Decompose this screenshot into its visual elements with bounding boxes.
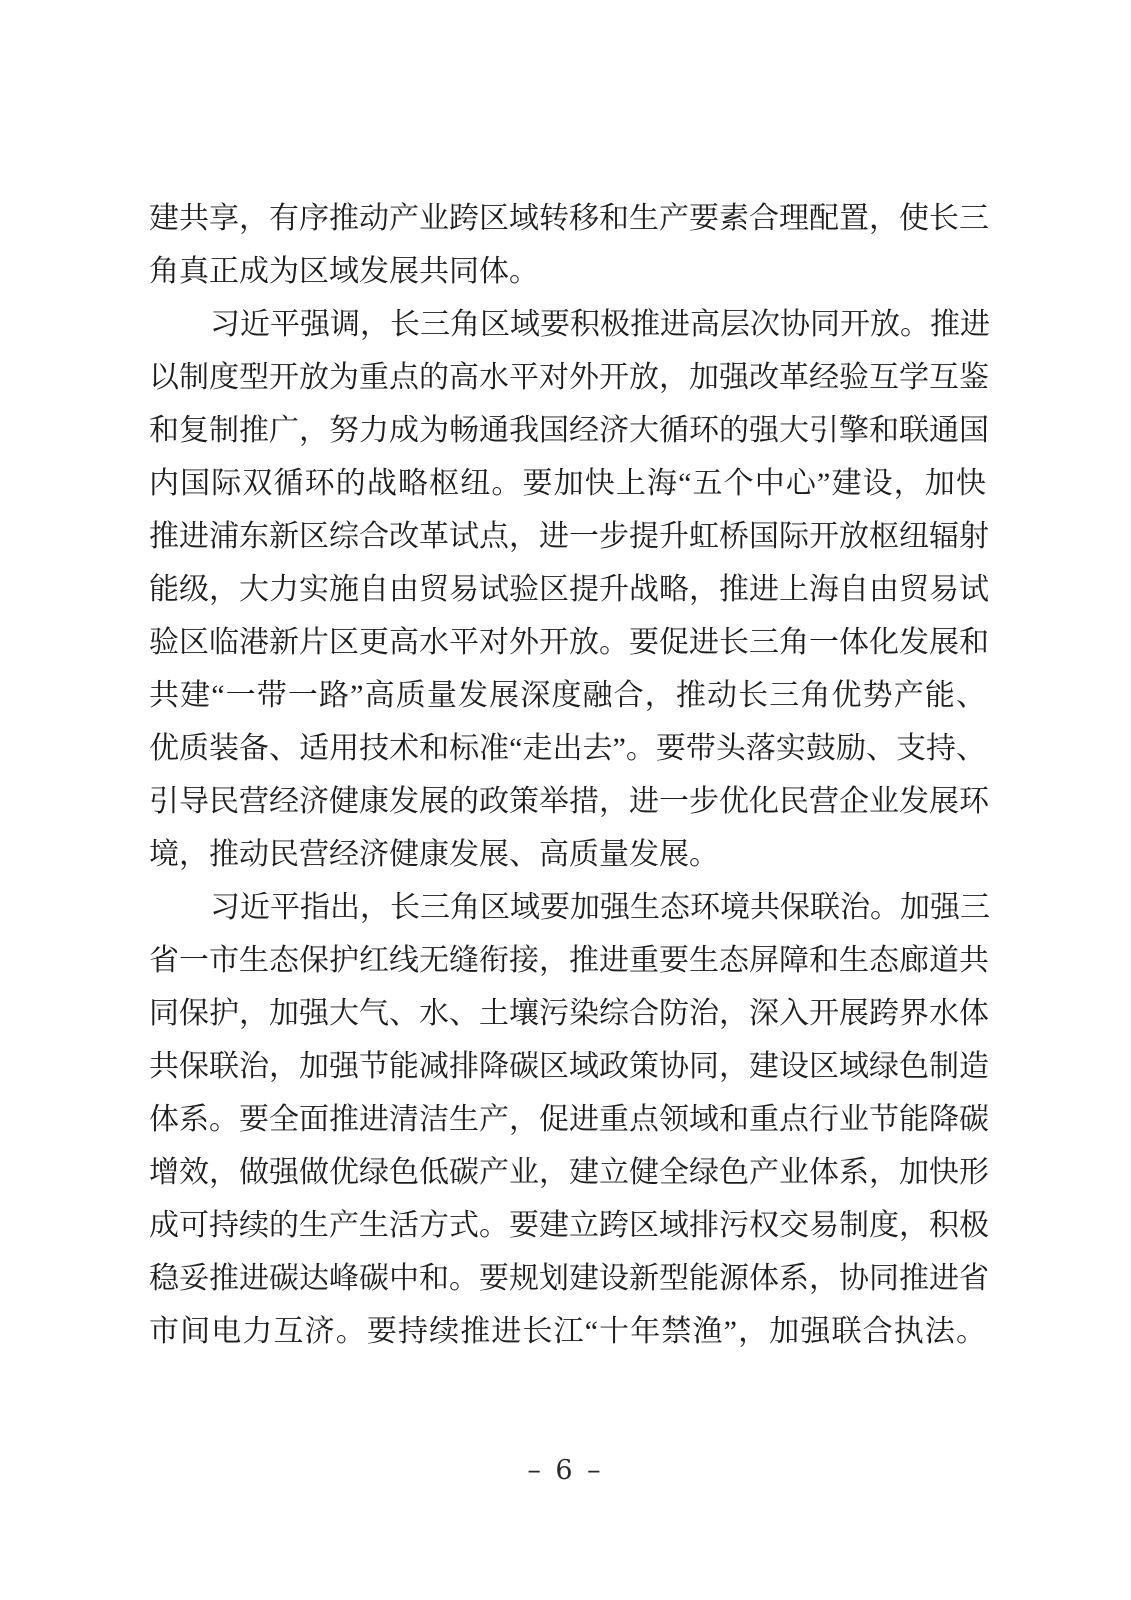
text-line: 验区临港新片区更高水平对外开放。要促进长三角一体化发展和 [149, 616, 986, 669]
text-line: 能级，大力实施自由贸易试验区提升战略，推进上海自由贸易试 [149, 563, 986, 616]
text-line: 共建“一带一路”高质量发展深度融合，推动长三角优势产能、 [149, 669, 986, 722]
document-page: 建共享，有序推动产业跨区域转移和生产要素合理配置，使长三角真正成为区域发展共同体… [0, 0, 1131, 1600]
text-line: 习近平强调，长三角区域要积极推进高层次协同开放。推进 [149, 298, 986, 351]
text-line: 市间电力互济。要持续推进长江“十年禁渔”，加强联合执法。 [149, 1305, 986, 1358]
text-line: 内国际双循环的战略枢纽。要加快上海“五个中心”建设，加快 [149, 457, 986, 510]
text-line: 优质装备、适用技术和标准“走出去”。要带头落实鼓励、支持、 [149, 722, 986, 775]
text-line: 境，推动民营经济健康发展、高质量发展。 [149, 828, 986, 881]
text-line: 以制度型开放为重点的高水平对外开放，加强改革经验互学互鉴 [149, 351, 986, 404]
page-footer: – 6 – [0, 1455, 1131, 1486]
page-number: – 6 – [527, 1455, 603, 1486]
text-line: 角真正成为区域发展共同体。 [149, 245, 986, 298]
text-line: 稳妥推进碳达峰碳中和。要规划建设新型能源体系，协同推进省 [149, 1252, 986, 1305]
text-line: 和复制推广，努力成为畅通我国经济大循环的强大引擎和联通国 [149, 404, 986, 457]
text-line: 引导民营经济健康发展的政策举措，进一步优化民营企业发展环 [149, 775, 986, 828]
text-line: 省一市生态保护红线无缝衔接，推进重要生态屏障和生态廊道共 [149, 934, 986, 987]
text-line: 共保联治，加强节能减排降碳区域政策协同，建设区域绿色制造 [149, 1040, 986, 1093]
text-line: 成可持续的生产生活方式。要建立跨区域排污权交易制度，积极 [149, 1199, 986, 1252]
document-text: 建共享，有序推动产业跨区域转移和生产要素合理配置，使长三角真正成为区域发展共同体… [149, 192, 986, 1358]
text-line: 建共享，有序推动产业跨区域转移和生产要素合理配置，使长三 [149, 192, 986, 245]
text-line: 同保护，加强大气、水、土壤污染综合防治，深入开展跨界水体 [149, 987, 986, 1040]
text-line: 习近平指出，长三角区域要加强生态环境共保联治。加强三 [149, 881, 986, 934]
text-line: 增效，做强做优绿色低碳产业，建立健全绿色产业体系，加快形 [149, 1146, 986, 1199]
text-line: 推进浦东新区综合改革试点，进一步提升虹桥国际开放枢纽辐射 [149, 510, 986, 563]
text-line: 体系。要全面推进清洁生产，促进重点领域和重点行业节能降碳 [149, 1093, 986, 1146]
